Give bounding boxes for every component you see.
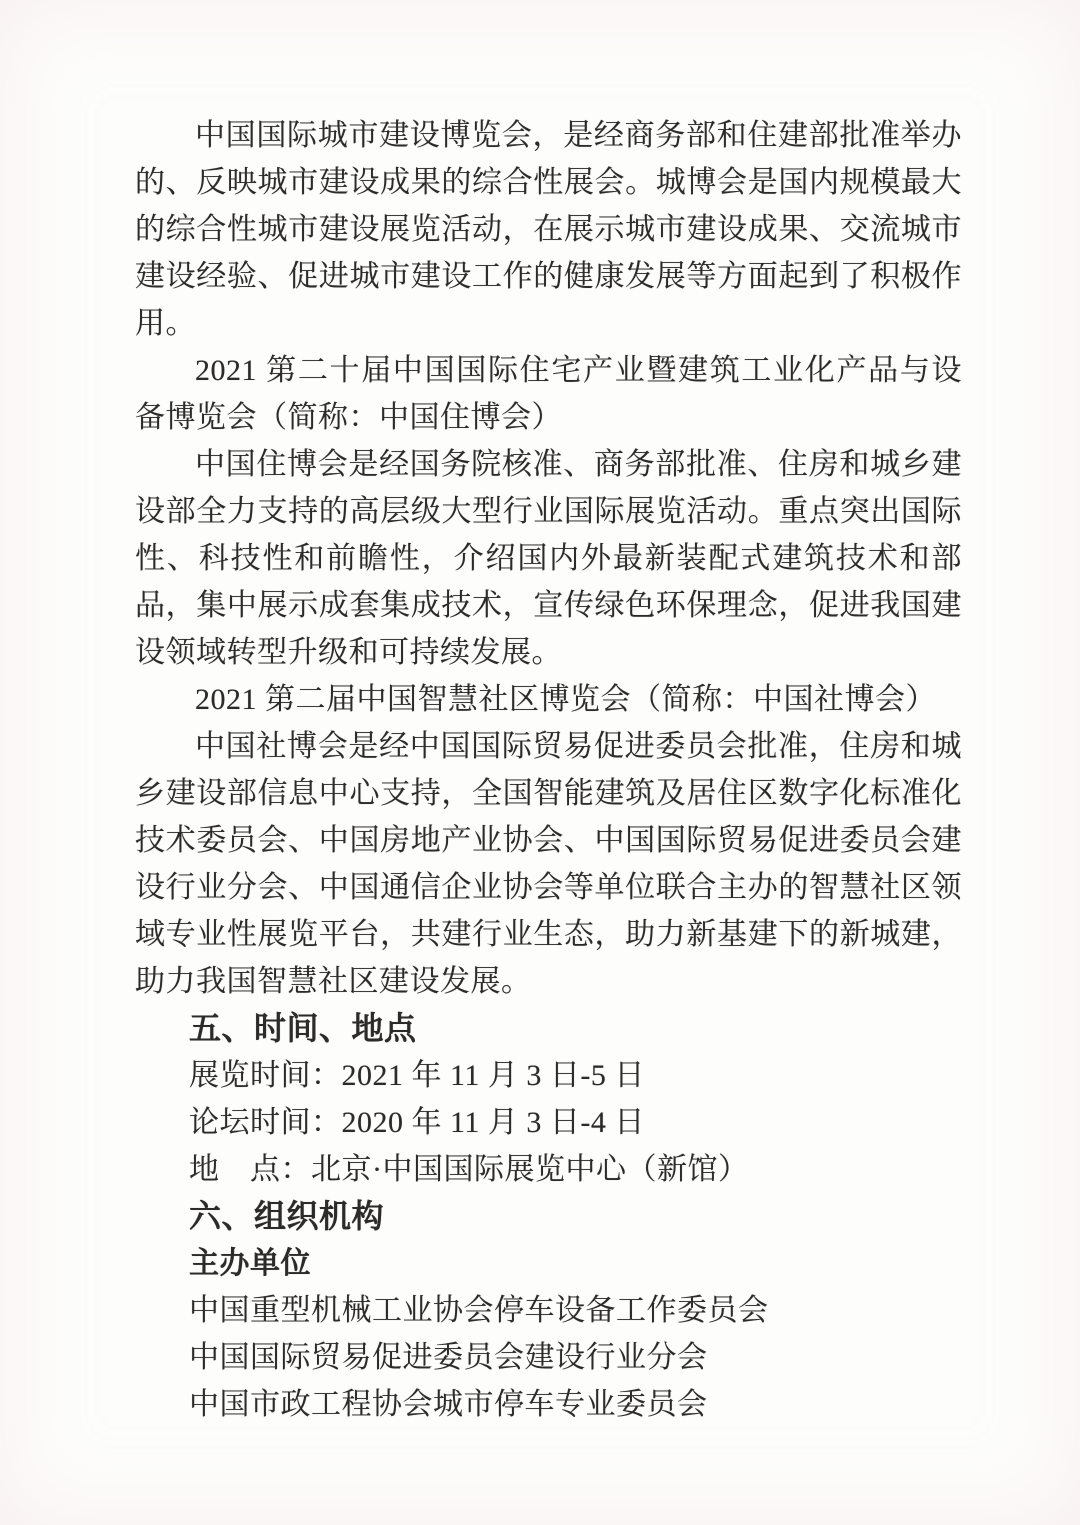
item-host-unit-1: 中国重型机械工业协会停车设备工作委员会 xyxy=(189,1287,962,1334)
paragraph-community-expo-intro: 中国社博会是经中国国际贸易促进委员会批准，住房和城乡建设部信息中心支持，全国智能… xyxy=(135,723,962,1005)
paragraph-housing-expo-title: 2021 第二十届中国国际住宅产业暨建筑工业化产品与设备博览会（简称：中国住博会… xyxy=(135,347,962,441)
paragraph-community-expo-title: 2021 第二届中国智慧社区博览会（简称：中国社博会） xyxy=(135,676,962,723)
paragraph-city-expo-intro: 中国国际城市建设博览会，是经商务部和住建部批准举办的、反映城市建设成果的综合性展… xyxy=(135,112,962,347)
subheading-host-units: 主办单位 xyxy=(189,1240,962,1287)
item-host-unit-3: 中国市政工程协会城市停车专业委员会 xyxy=(189,1381,962,1428)
item-exhibition-time: 展览时间：2021 年 11 月 3 日-5 日 xyxy=(189,1052,962,1099)
section-heading-time-location: 五、时间、地点 xyxy=(189,1005,962,1052)
item-location: 地 点：北京·中国国际展览中心（新馆） xyxy=(189,1146,962,1193)
item-host-unit-2: 中国国际贸易促进委员会建设行业分会 xyxy=(189,1334,962,1381)
section-heading-organization: 六、组织机构 xyxy=(189,1193,962,1240)
scanned-document-page: 中国国际城市建设博览会，是经商务部和住建部批准举办的、反映城市建设成果的综合性展… xyxy=(0,0,1080,1525)
paragraph-housing-expo-intro: 中国住博会是经国务院核准、商务部批准、住房和城乡建设部全力支持的高层级大型行业国… xyxy=(135,441,962,676)
item-forum-time: 论坛时间：2020 年 11 月 3 日-4 日 xyxy=(189,1099,962,1146)
